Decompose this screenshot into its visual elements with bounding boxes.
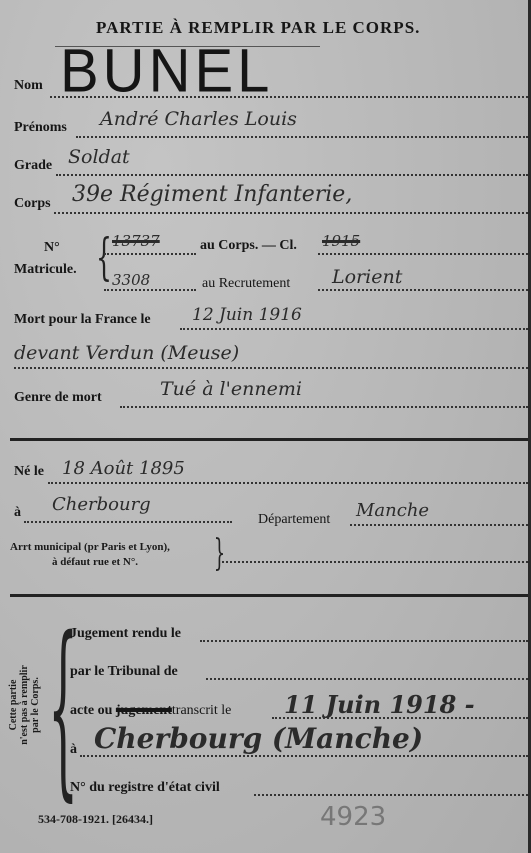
arrondissement-label-line1: Arrt municipal (pr Paris et Lyon),: [10, 541, 170, 553]
genre-de-mort-label: Genre de mort: [14, 390, 102, 406]
naissance-date: 18 Août 1895: [62, 458, 185, 479]
mort-lieu-line: [14, 367, 528, 369]
acte-label: acte ou jugementtranscrit le: [70, 703, 231, 719]
departement-value: Manche: [356, 500, 429, 521]
recrutement-number: 3308: [112, 271, 150, 289]
arrondissement-line: [222, 561, 528, 563]
classe-line: [318, 253, 528, 255]
mort-date: 12 Juin 1916: [192, 305, 302, 325]
mort-date-line: [180, 328, 528, 330]
naissance-lieu: Cherbourg: [52, 494, 151, 515]
print-reference: 534-708-1921. [26434.]: [38, 812, 153, 827]
matricule-label: Matricule.: [14, 262, 77, 278]
acte-label-suffix: transcrit le: [172, 703, 231, 718]
mort-label: Mort pour la France le: [14, 312, 151, 328]
matricule-brace: {: [96, 232, 112, 282]
tribunal-line: [206, 678, 528, 680]
card-title: PARTIE À REMPLIR PAR LE CORPS.: [96, 18, 420, 38]
grade-line: [56, 174, 528, 176]
recrutement-value: Lorient: [332, 266, 402, 288]
acte-label-struck: jugement: [116, 703, 172, 718]
grade-value: Soldat: [68, 146, 130, 168]
transcription-a-label: à: [70, 742, 77, 758]
nom-label: Nom: [14, 78, 43, 94]
recrutement-number-line: [104, 289, 196, 291]
death-record-card: PARTIE À REMPLIR PAR LE CORPS. Nom BUNEL…: [0, 0, 531, 853]
registre-line: [254, 794, 528, 796]
section-divider-1: [10, 438, 528, 441]
naissance-date-line: [48, 482, 528, 484]
genre-de-mort-line: [120, 406, 528, 408]
ne-le-label: Né le: [14, 464, 44, 480]
departement-label: Département: [258, 512, 330, 528]
corps-number-line: [104, 253, 196, 255]
jugement-line: [200, 640, 528, 642]
classe-value: 1915: [322, 232, 360, 250]
prenoms-line: [76, 136, 528, 138]
transcription-lieu: Cherbourg (Manche): [94, 722, 423, 755]
matricule-label-no: N°: [44, 240, 60, 256]
transcription-date: 11 Juin 1918 -: [284, 690, 475, 719]
au-corps-label: au Corps. — Cl.: [200, 238, 297, 254]
nom-line: [50, 96, 528, 98]
transcription-lieu-line: [80, 755, 528, 757]
genre-de-mort-value: Tué à l'ennemi: [160, 378, 302, 400]
section-divider-2: [10, 594, 528, 597]
civil-section-side-note: Cette partie n'est pas à remplir par le …: [8, 630, 41, 780]
naissance-lieu-line: [24, 521, 232, 523]
jugement-label: Jugement rendu le: [70, 626, 181, 642]
corps-value: 39e Régiment Infanterie,: [72, 182, 352, 207]
arrondissement-brace: }: [214, 536, 225, 572]
acte-label-prefix: acte ou: [70, 703, 112, 718]
pencil-archive-number: 4923: [320, 802, 386, 832]
au-recrutement-label: au Recrutement: [202, 276, 290, 292]
registre-label: N° du registre d'état civil: [70, 780, 220, 796]
tribunal-label: par le Tribunal de: [70, 664, 178, 680]
recrutement-line: [318, 289, 528, 291]
naissance-a-label: à: [14, 505, 21, 521]
corps-line: [54, 212, 528, 214]
mort-lieu: devant Verdun (Meuse): [14, 342, 239, 364]
arrondissement-label-line2: à défaut rue et N°.: [52, 556, 138, 568]
corps-number: 13737: [112, 232, 160, 250]
prenoms-label: Prénoms: [14, 120, 67, 136]
corps-label: Corps: [14, 196, 51, 212]
grade-label: Grade: [14, 158, 52, 174]
departement-line: [350, 524, 528, 526]
prenoms-value: André Charles Louis: [100, 108, 297, 130]
